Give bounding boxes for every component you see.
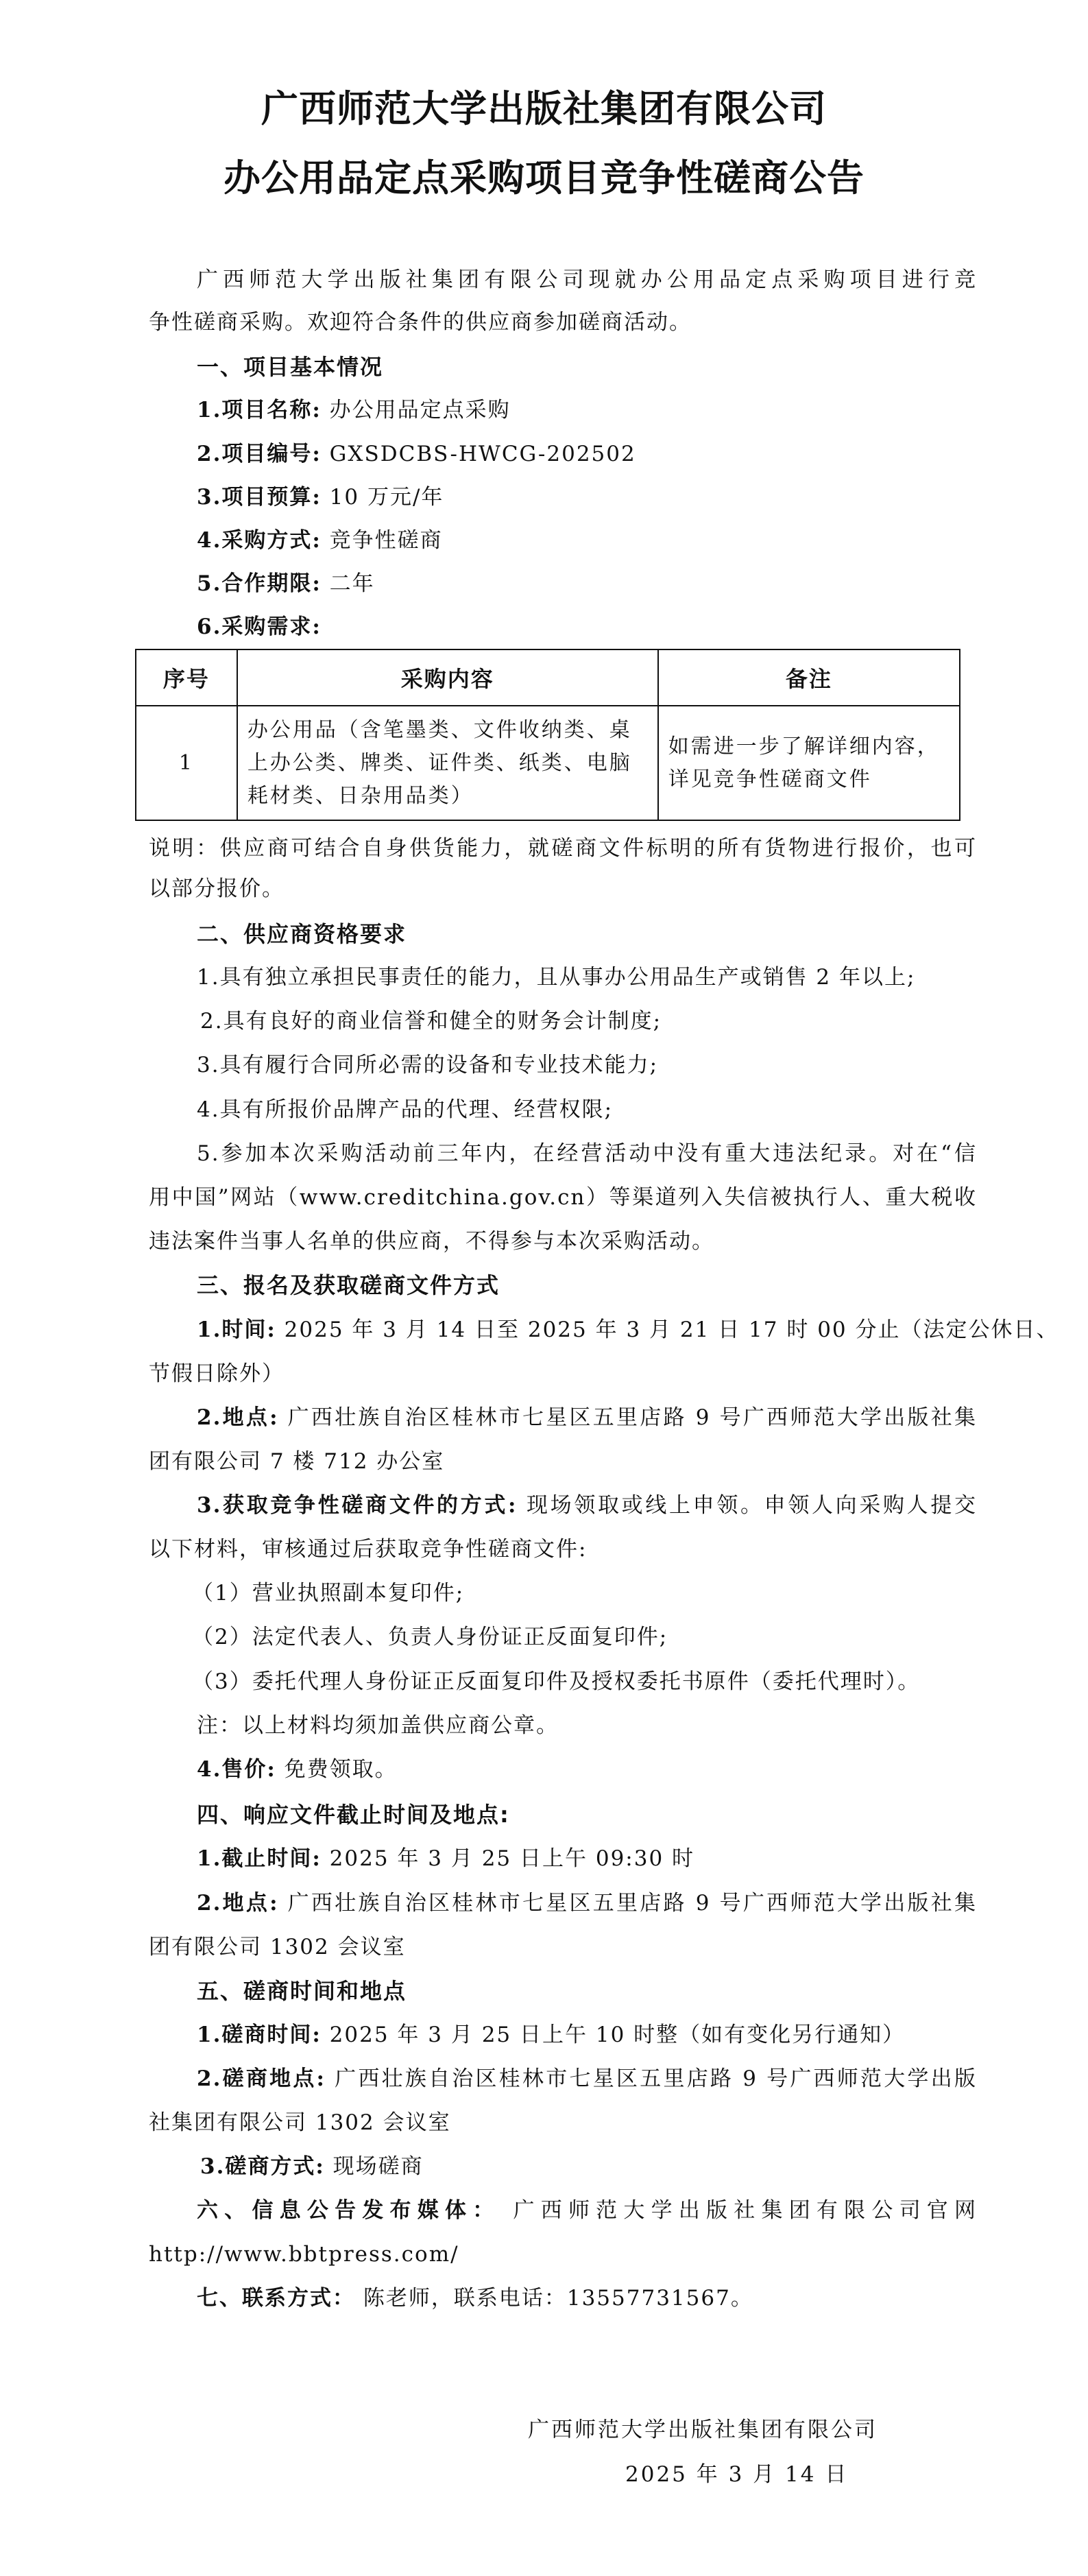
submission-place-value: 广西壮族自治区桂林市七星区五里店路 9 号广西师范大学出版社集 [288, 1891, 977, 1916]
qualification-item-4: 4.具有所报价品牌产品的代理、经营权限; [197, 1097, 613, 1122]
submission-place-line2: 团有限公司 1302 会议室 [149, 1935, 406, 1959]
procurement-demand-row: 6.采购需求: [197, 615, 322, 639]
material-item-1: （1）营业执照副本复印件; [192, 1581, 464, 1606]
section3-heading: 三、报名及获取磋商文件方式 [197, 1273, 500, 1298]
document-title-line1: 广西师范大学出版社集团有限公司 [0, 88, 1088, 129]
registration-time-label: 1.时间: [197, 1317, 276, 1342]
registration-place-value: 广西壮族自治区桂林市七星区五里店路 9 号广西师范大学出版社集 [288, 1405, 977, 1430]
table-header-row: 序号 采购内容 备注 [136, 649, 960, 706]
column-header-remark: 备注 [658, 649, 960, 706]
contact-value: 陈老师，联系电话：13557731567。 [363, 2286, 753, 2311]
intro-paragraph-line2: 争性磋商采购。欢迎符合条件的供应商参加磋商活动。 [149, 310, 692, 335]
consultation-place-value: 广西壮族自治区桂林市七星区五里店路 9 号广西师范大学出版 [335, 2066, 977, 2091]
publication-media-url[interactable]: http://www.bbtpress.com/ [149, 2242, 459, 2267]
section4-heading: 四、响应文件截止时间及地点: [197, 1802, 510, 1827]
section5-heading: 五、磋商时间和地点 [197, 1979, 407, 2003]
registration-place-label: 2.地点: [197, 1405, 279, 1430]
section7-row: 七、联系方式： 陈老师，联系电话：13557731567。 [197, 2286, 753, 2311]
consultation-place-row: 2.磋商地点: 广西壮族自治区桂林市七星区五里店路 9 号广西师范大学出版 [197, 2066, 977, 2091]
table-row: 1 办公用品（含笔墨类、文件收纳类、桌上办公类、牌类、证件类、纸类、电脑耗材类、… [136, 706, 960, 820]
submission-deadline-value: 2025 年 3 月 25 日上午 09:30 时 [330, 1846, 694, 1871]
column-header-content: 采购内容 [237, 649, 658, 706]
cell-content: 办公用品（含笔墨类、文件收纳类、桌上办公类、牌类、证件类、纸类、电脑耗材类、日杂… [237, 706, 658, 820]
consultation-mode-value: 现场磋商 [333, 2154, 424, 2179]
project-budget-label: 3.项目预算: [197, 485, 322, 510]
project-name-label: 1.项目名称: [197, 398, 322, 422]
project-number-value: GXSDCBS-HWCG-202502 [330, 442, 636, 466]
cell-number: 1 [136, 706, 237, 820]
submission-place-label: 2.地点: [197, 1891, 279, 1916]
project-number-row: 2.项目编号: GXSDCBS-HWCG-202502 [197, 442, 636, 466]
document-acquisition-value: 现场领取或线上申领。申领人向采购人提交 [527, 1493, 977, 1518]
consultation-time-value: 2025 年 3 月 25 日上午 10 时整（如有变化另行通知） [330, 2023, 906, 2047]
submission-deadline-row: 1.截止时间: 2025 年 3 月 25 日上午 09:30 时 [197, 1846, 694, 1871]
intro-paragraph-line1: 广西师范大学出版社集团有限公司现就办公用品定点采购项目进行竞 [197, 267, 977, 292]
consultation-time-label: 1.磋商时间: [197, 2023, 322, 2047]
cooperation-period-label: 5.合作期限: [197, 571, 322, 596]
document-acquisition-line2: 以下材料，审核通过后获取竞争性磋商文件: [149, 1537, 587, 1562]
procurement-method-value: 竞争性磋商 [330, 528, 443, 553]
project-budget-value: 10 万元/年 [330, 485, 444, 510]
document-price-value: 免费领取。 [285, 1757, 398, 1782]
cooperation-period-value: 二年 [330, 571, 375, 596]
consultation-place-label: 2.磋商地点: [197, 2066, 326, 2091]
materials-note: 注：以上材料均须加盖供应商公章。 [197, 1713, 559, 1738]
column-header-number: 序号 [136, 649, 237, 706]
procurement-requirements-table: 序号 采购内容 备注 1 办公用品（含笔墨类、文件收纳类、桌上办公类、牌类、证件… [135, 649, 960, 821]
procurement-method-label: 4.采购方式: [197, 528, 322, 553]
section1-heading: 一、项目基本情况 [197, 355, 383, 379]
consultation-mode-row: 3.磋商方式: 现场磋商 [200, 2154, 424, 2179]
submission-place-row: 2.地点: 广西壮族自治区桂林市七星区五里店路 9 号广西师范大学出版社集 [197, 1891, 977, 1916]
qualification-item-3: 3.具有履行合同所必需的设备和专业技术能力; [197, 1053, 658, 1077]
qualification-item-2: 2.具有良好的商业信誉和健全的财务会计制度; [200, 1009, 662, 1034]
project-name-row: 1.项目名称: 办公用品定点采购 [197, 398, 511, 422]
signature-organization: 广西师范大学出版社集团有限公司 [528, 2418, 858, 2442]
section7-heading: 七、联系方式： [197, 2286, 355, 2311]
procurement-method-row: 4.采购方式: 竞争性磋商 [197, 528, 443, 553]
qualification-item-5-line3: 违法案件当事人名单的供应商，不得参与本次采购活动。 [149, 1229, 714, 1254]
registration-time-value: 2025 年 3 月 14 日至 2025 年 3 月 21 日 17 时 00… [285, 1317, 1059, 1342]
registration-place-row: 2.地点: 广西壮族自治区桂林市七星区五里店路 9 号广西师范大学出版社集 [197, 1405, 977, 1430]
consultation-mode-label: 3.磋商方式: [200, 2154, 325, 2179]
project-name-value: 办公用品定点采购 [330, 398, 511, 422]
submission-deadline-label: 1.截止时间: [197, 1846, 322, 1871]
document-acquisition-label: 3.获取竞争性磋商文件的方式: [197, 1493, 517, 1518]
document-acquisition-row: 3.获取竞争性磋商文件的方式: 现场领取或线上申领。申领人向采购人提交 [197, 1493, 977, 1518]
document-price-row: 4.售价: 免费领取。 [197, 1757, 398, 1782]
material-item-2: （2）法定代表人、负责人身份证正反面复印件; [192, 1625, 668, 1649]
project-number-label: 2.项目编号: [197, 442, 322, 466]
cell-remark: 如需进一步了解详细内容，详见竞争性磋商文件 [658, 706, 960, 820]
registration-time-row: 1.时间: 2025 年 3 月 14 日至 2025 年 3 月 21 日 1… [197, 1317, 977, 1342]
cooperation-period-row: 5.合作期限: 二年 [197, 571, 375, 596]
document-price-label: 4.售价: [197, 1757, 276, 1782]
qualification-item-5-line1: 5.参加本次采购活动前三年内，在经营活动中没有重大违法纪录。对在“信 [197, 1141, 977, 1166]
consultation-time-row: 1.磋商时间: 2025 年 3 月 25 日上午 10 时整（如有变化另行通知… [197, 2023, 905, 2047]
document-title-line2: 办公用品定点采购项目竞争性磋商公告 [0, 157, 1088, 198]
material-item-3: （3）委托代理人身份证正反面复印件及授权委托书原件（委托代理时）。 [192, 1669, 920, 1694]
table-note-line2: 以部分报价。 [149, 876, 285, 901]
project-budget-row: 3.项目预算: 10 万元/年 [197, 485, 444, 510]
qualification-item-1: 1.具有独立承担民事责任的能力，且从事办公用品生产或销售 2 年以上; [197, 965, 915, 990]
consultation-place-line2: 社集团有限公司 1302 会议室 [149, 2110, 451, 2135]
section6-heading: 六、信息公告发布媒体： [197, 2198, 500, 2223]
publication-media-value: 广西师范大学出版社集团有限公司官网 [513, 2198, 978, 2223]
qualification-item-5-line2: 用中国”网站（www.creditchina.gov.cn）等渠道列入失信被执行… [149, 1185, 977, 1210]
registration-place-line2: 团有限公司 7 楼 712 办公室 [149, 1449, 444, 1474]
section6-row: 六、信息公告发布媒体： 广西师范大学出版社集团有限公司官网 [197, 2198, 977, 2223]
section2-heading: 二、供应商资格要求 [197, 922, 407, 946]
registration-time-line2: 节假日除外） [149, 1361, 285, 1386]
signature-date: 2025 年 3 月 14 日 [625, 2462, 790, 2487]
table-note-line1: 说明：供应商可结合自身供货能力，就磋商文件标明的所有货物进行报价，也可 [149, 836, 977, 861]
procurement-demand-label: 6.采购需求: [197, 615, 322, 639]
